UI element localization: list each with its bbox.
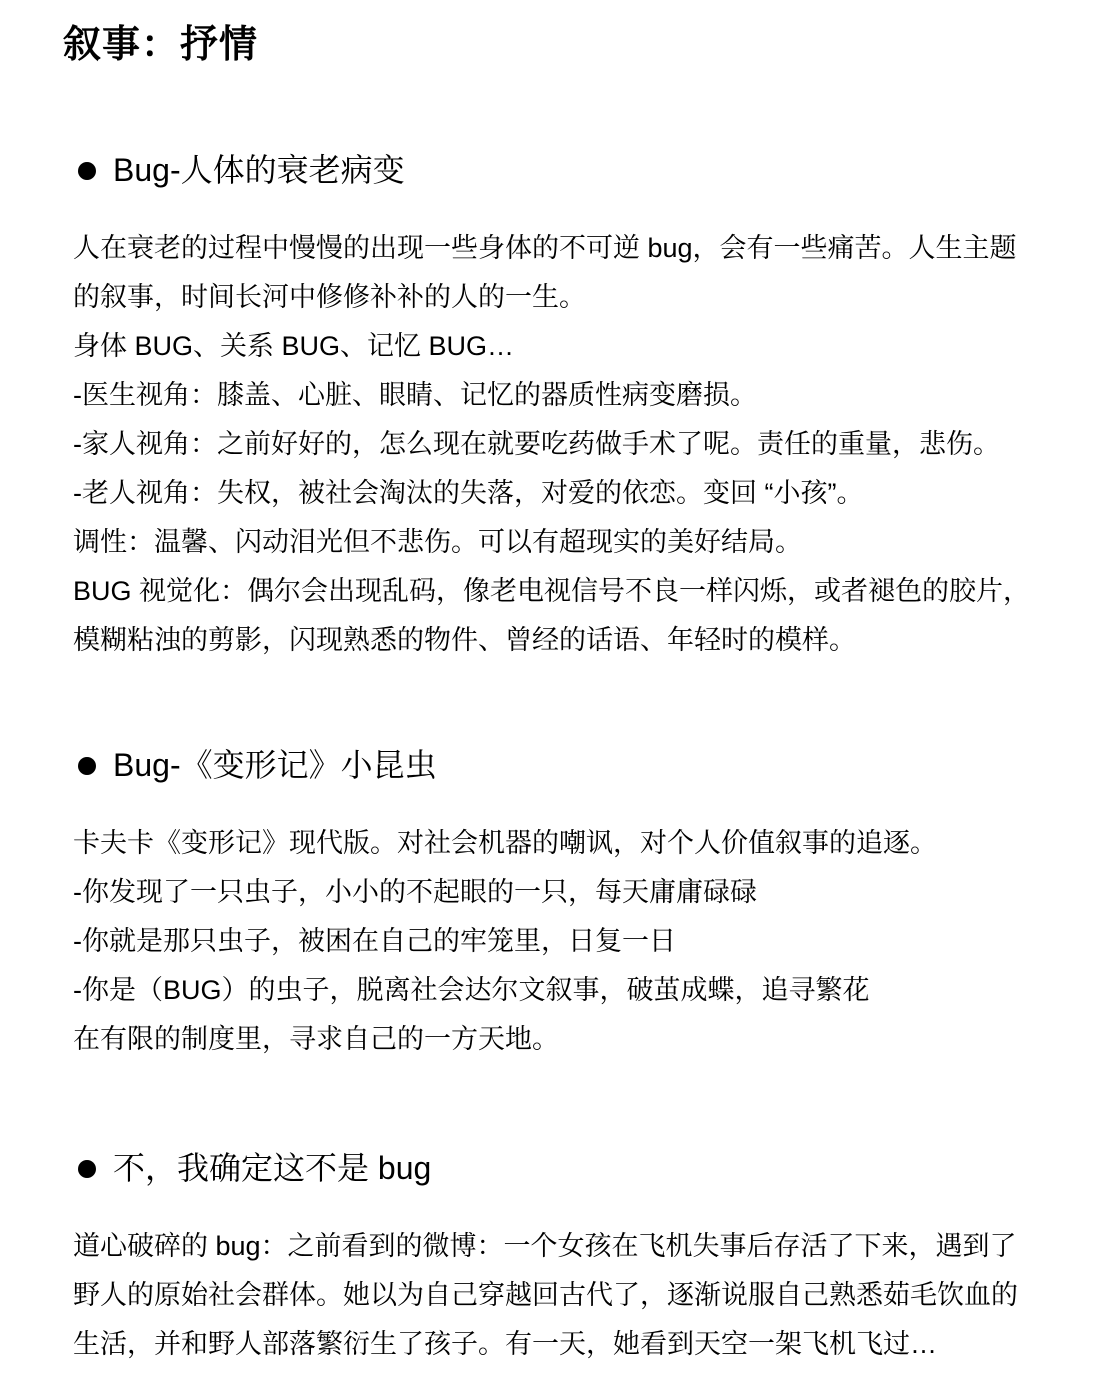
text-line: 道心破碎的 bug：之前看到的微博：一个女孩在飞机失事后存活了下来，遇到了野人的…: [73, 1222, 1030, 1369]
bullet-icon: [78, 1160, 96, 1178]
paragraph: 道心破碎的 bug：之前看到的微博：一个女孩在飞机失事后存活了下来，遇到了野人的…: [63, 1222, 1030, 1369]
section-metamorphosis-bug: Bug-《变形记》小昆虫 卡夫卡《变形记》现代版。对社会机器的嘲讽，对个人价值叙…: [63, 743, 1040, 1064]
text-line: -老人视角：失权，被社会淘汰的失落，对爱的依恋。变回 “小孩”。: [73, 469, 1030, 518]
text-line: -医生视角：膝盖、心脏、眼睛、记忆的器质性病变磨损。: [73, 371, 1030, 420]
text-line: 身体 BUG、关系 BUG、记忆 BUG…: [73, 322, 1030, 371]
text-line: 人在衰老的过程中慢慢的出现一些身体的不可逆 bug，会有一些痛苦。人生主题的叙事…: [73, 224, 1030, 322]
section-not-a-bug: 不，我确定这不是 bug 道心破碎的 bug：之前看到的微博：一个女孩在飞机失事…: [63, 1146, 1040, 1369]
paragraph: 卡夫卡《变形记》现代版。对社会机器的嘲讽，对个人价值叙事的追逐。 -你发现了一只…: [63, 819, 1030, 1064]
text-line: -你是（BUG）的虫子，脱离社会达尔文叙事，破茧成蝶，追寻繁花: [73, 966, 1030, 1015]
paragraph: 人在衰老的过程中慢慢的出现一些身体的不可逆 bug，会有一些痛苦。人生主题的叙事…: [63, 224, 1030, 665]
document-page: 叙事：抒情 Bug-人体的衰老病变 人在衰老的过程中慢慢的出现一些身体的不可逆 …: [0, 0, 1100, 1394]
bullet-icon: [78, 757, 96, 775]
text-line: 卡夫卡《变形记》现代版。对社会机器的嘲讽，对个人价值叙事的追逐。: [73, 819, 1030, 868]
text-line: -你发现了一只虫子，小小的不起眼的一只，每天庸庸碌碌: [73, 868, 1030, 917]
section-heading-label: 不，我确定这不是 bug: [113, 1146, 431, 1190]
section-body-aging-bug: Bug-人体的衰老病变 人在衰老的过程中慢慢的出现一些身体的不可逆 bug，会有…: [63, 148, 1040, 665]
text-line: 在有限的制度里，寻求自己的一方天地。: [73, 1015, 1030, 1064]
document-title: 叙事：抒情: [63, 20, 1040, 70]
text-line: 调性：温馨、闪动泪光但不悲伤。可以有超现实的美好结局。: [73, 518, 1030, 567]
section-heading-label: Bug-人体的衰老病变: [113, 148, 405, 192]
section-heading: Bug-人体的衰老病变: [63, 148, 1040, 192]
text-line: -你就是那只虫子，被困在自己的牢笼里，日复一日: [73, 917, 1030, 966]
section-heading-label: Bug-《变形记》小昆虫: [113, 743, 437, 787]
text-line: BUG 视觉化：偶尔会出现乱码，像老电视信号不良一样闪烁，或者褪色的胶片，模糊粘…: [73, 567, 1030, 665]
text-line: -家人视角：之前好好的，怎么现在就要吃药做手术了呢。责任的重量，悲伤。: [73, 420, 1030, 469]
section-heading: 不，我确定这不是 bug: [63, 1146, 1040, 1190]
bullet-icon: [78, 162, 96, 180]
section-heading: Bug-《变形记》小昆虫: [63, 743, 1040, 787]
